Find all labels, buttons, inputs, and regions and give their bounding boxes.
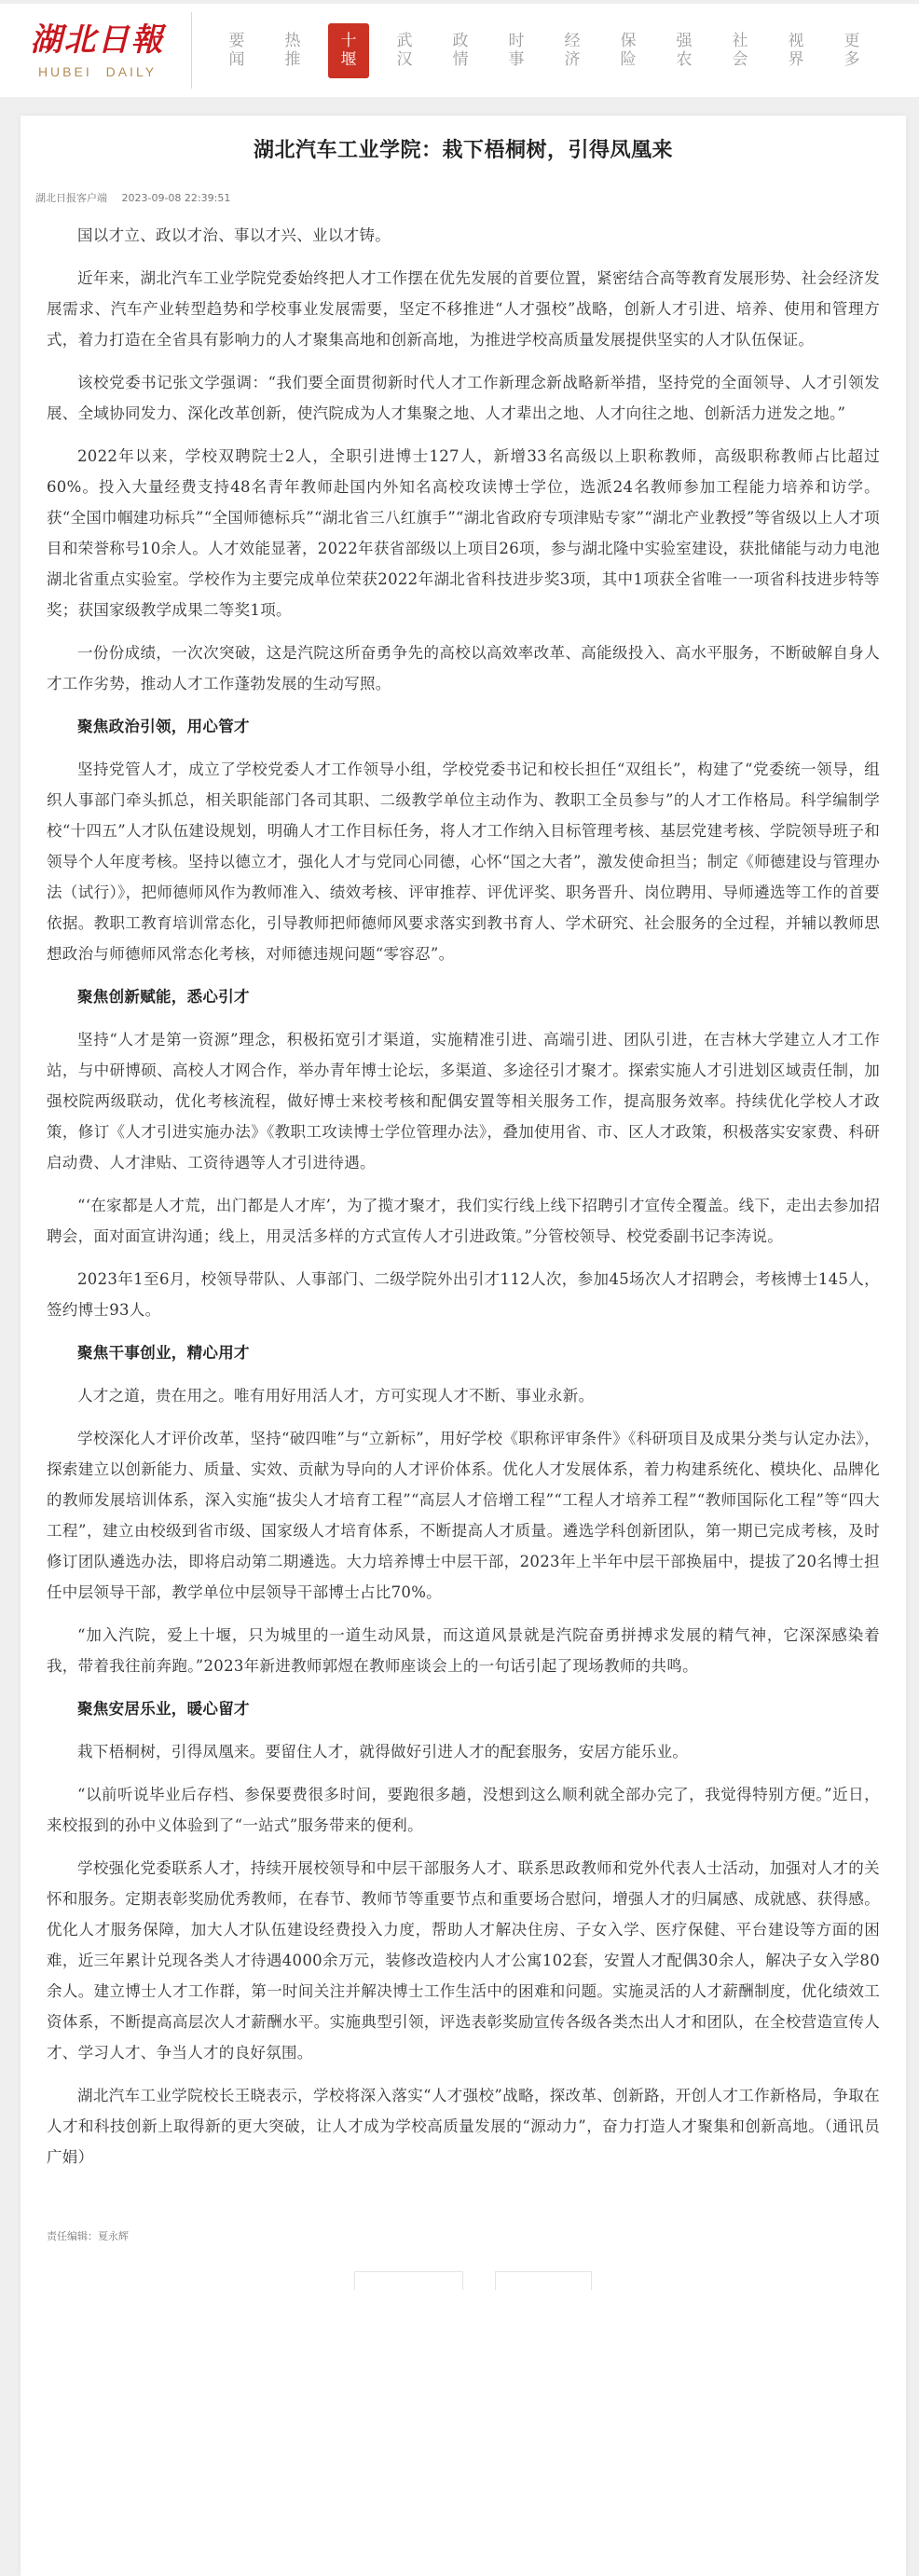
- nav-item-label-bottom: 事: [509, 50, 525, 69]
- nav-item-label-top: 视: [789, 32, 804, 50]
- nav-item-label-top: 强: [677, 32, 693, 50]
- nav-item-保险[interactable]: 保险: [608, 23, 649, 78]
- article-body: 国以才立、政以才治、事以才兴、业以才铸。近年来，湖北汽车工业学院党委始终把人才工…: [47, 220, 880, 2172]
- logo-english-text: HUBEI DAILY: [38, 64, 157, 79]
- bottom-action-button-1[interactable]: [354, 2271, 463, 2290]
- article-paragraph: 学校强化党委联系人才，持续开展校领导和中层干部服务人才、联系思政教师和党外代表人…: [47, 1853, 880, 2068]
- nav-item-经济[interactable]: 经济: [552, 23, 593, 78]
- section-heading: 聚焦创新赋能，悉心引才: [47, 981, 880, 1012]
- nav-item-label-top: 更: [844, 32, 860, 50]
- article-paragraph: 坚持“人才是第一资源”理念，积极拓宽引才渠道，实施精准引进、高端引进、团队引进，…: [47, 1024, 880, 1178]
- nav-item-label-top: 武: [397, 32, 413, 50]
- article-paragraph: “加入汽院，爱上十堰，只为城里的一道生动风景，而这道风景就是汽院奋勇拼搏求发展的…: [47, 1620, 880, 1681]
- nav-item-label-bottom: 会: [733, 50, 748, 69]
- nav-item-label-bottom: 闻: [229, 50, 245, 69]
- nav-item-label-bottom: 多: [844, 50, 860, 69]
- article-source: 湖北日报客户端: [35, 192, 107, 204]
- article-meta: 湖北日报客户端 2023-09-08 22:39:51: [35, 190, 880, 205]
- nav-item-label-bottom: 界: [789, 50, 804, 69]
- article-paragraph: 一份份成绩，一次次突破，这是汽院这所奋勇争先的高校以高效率改革、高能级投入、高水…: [47, 637, 880, 699]
- bottom-actions: [47, 2271, 880, 2290]
- nav-item-武汉[interactable]: 武汉: [384, 23, 425, 78]
- nav-item-label-bottom: 堰: [341, 50, 357, 69]
- article-paragraph: 2023年1至6月，校领导带队、人事部门、二级学院外出引才112人次，参加45场…: [47, 1264, 880, 1325]
- hubei-daily-logo[interactable]: 湖北日報 HUBEI DAILY: [0, 4, 191, 97]
- article-paragraph: 栽下梧桐树，引得凤凰来。要留住人才，就得做好引进人才的配套服务，安居方能乐业。: [47, 1736, 880, 1767]
- nav-item-label-bottom: 济: [565, 50, 581, 69]
- section-heading: 聚焦安居乐业，暖心留才: [47, 1693, 880, 1724]
- bottom-action-button-2[interactable]: [495, 2271, 592, 2290]
- article-paragraph: 该校党委书记张文学强调：“我们要全面贯彻新时代人才工作新理念新战略新举措，坚持党…: [47, 367, 880, 429]
- article-paragraph: 2022年以来，学校双聘院士2人，全职引进博士127人，新增33名高级以上职称教…: [47, 441, 880, 625]
- article-datetime: 2023-09-08 22:39:51: [122, 192, 231, 204]
- article-paragraph: 近年来，湖北汽车工业学院党委始终把人才工作摆在优先发展的首要位置，紧密结合高等教…: [47, 263, 880, 355]
- nav-item-强农[interactable]: 强农: [664, 23, 705, 78]
- nav-item-要闻[interactable]: 要闻: [216, 23, 257, 78]
- nav-item-label-top: 经: [565, 32, 581, 50]
- article-paragraph: 学校深化人才评价改革，坚持“破四唯”与“立新标”，用好学校《职称评审条件》《科研…: [47, 1423, 880, 1608]
- article-paragraph: 坚持党管人才，成立了学校党委人才工作领导小组，学校党委书记和校长担任“双组长”，…: [47, 754, 880, 969]
- nav-item-时事[interactable]: 时事: [496, 23, 537, 78]
- article-card: 湖北汽车工业学院：栽下梧桐树，引得凤凰来 湖北日报客户端 2023-09-08 …: [21, 116, 906, 2576]
- article-paragraph: 国以才立、政以才治、事以才兴、业以才铸。: [47, 220, 880, 251]
- nav-item-更多[interactable]: 更多: [831, 23, 872, 78]
- nav-item-label-bottom: 险: [621, 50, 637, 69]
- section-heading: 聚焦政治引领，用心管才: [47, 711, 880, 742]
- article-paragraph: “以前听说毕业后存档、参保要费很多时间，要跑很多趟，没想到这么顺利就全部办完了，…: [47, 1779, 880, 1841]
- site-header: 湖北日報 HUBEI DAILY 要闻热推十堰武汉政情时事经济保险强农社会视界更…: [0, 4, 919, 97]
- nav-item-label-top: 时: [509, 32, 525, 50]
- nav-item-视界[interactable]: 视界: [775, 23, 816, 78]
- section-heading: 聚焦干事创业，精心用才: [47, 1337, 880, 1368]
- nav-item-label-bottom: 情: [453, 50, 469, 69]
- nav-item-label-top: 社: [733, 32, 748, 50]
- article-paragraph: 湖北汽车工业学院校长王晓表示，学校将深入落实“人才强校”战略，探改革、创新路，开…: [47, 2080, 880, 2172]
- nav-item-label-bottom: 汉: [397, 50, 413, 69]
- nav-item-社会[interactable]: 社会: [720, 23, 761, 78]
- nav-item-label-bottom: 农: [677, 50, 693, 69]
- nav-item-label-top: 政: [453, 32, 469, 50]
- article-paragraph: 人才之道，贵在用之。唯有用好用活人才，方可实现人才不断、事业永新。: [47, 1380, 880, 1411]
- logo-chinese-text: 湖北日報: [31, 21, 165, 59]
- channel-nav: 要闻热推十堰武汉政情时事经济保险强农社会视界更多: [216, 4, 887, 97]
- article-title: 湖北汽车工业学院：栽下梧桐树，引得凤凰来: [47, 116, 880, 166]
- nav-item-label-top: 要: [229, 32, 245, 50]
- nav-item-label-bottom: 推: [285, 50, 301, 69]
- header-divider: [191, 12, 192, 89]
- article-paragraph: “‘在家都是人才荒，出门都是人才库’，为了揽才聚才，我们实行线上线下招聘引才宣传…: [47, 1190, 880, 1252]
- nav-item-热推[interactable]: 热推: [272, 23, 313, 78]
- nav-item-政情[interactable]: 政情: [440, 23, 481, 78]
- nav-item-label-top: 十: [341, 32, 357, 50]
- responsible-editor: 责任编辑：夏永辉: [47, 2228, 880, 2243]
- nav-item-label-top: 保: [621, 32, 637, 50]
- nav-item-十堰[interactable]: 十堰: [328, 23, 369, 78]
- nav-item-label-top: 热: [285, 32, 301, 50]
